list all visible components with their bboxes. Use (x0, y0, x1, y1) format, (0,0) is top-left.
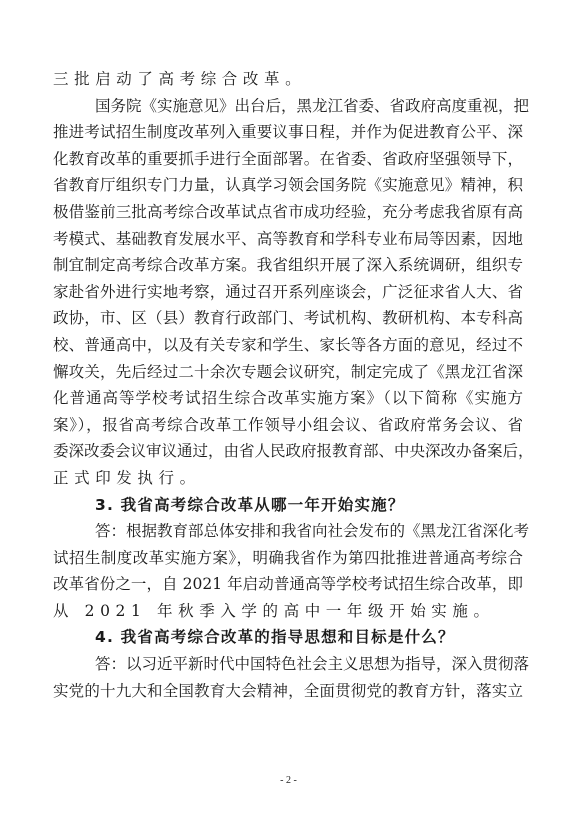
paragraph-line: 懈攻关，先后经过二十余次专题会议研究，制定完成了《黑龙江省深 (53, 359, 523, 386)
paragraph-line: 三批启动了高考综合改革。 (53, 66, 523, 93)
paragraph-line: 化普通高等学校考试招生综合改革实施方案》（以下简称《实施方 (53, 385, 523, 412)
paragraph-line: 委深改委会议审议通过，由省人民政府报教育部、中央深改办备案后， (53, 438, 523, 465)
paragraph-line: 案》），报省高考综合改革工作领导小组会议、省政府常务会议、省 (53, 412, 523, 439)
paragraph-line: 改革省份之一，自 2021 年启动普通高等学校考试招生综合改革，即 (53, 571, 523, 598)
paragraph-line: 正式印发执行。 (53, 465, 523, 492)
paragraph-line: 家赴省外进行实地考察，通过召开系列座谈会，广泛征求省人大、省 (53, 279, 523, 306)
paragraph-line: 试招生制度改革实施方案》，明确我省作为第四批推进普通高考综合 (53, 545, 523, 572)
paragraph-line: 考模式、基础教育发展水平、高等教育和学科专业布局等因素，因地 (53, 226, 523, 253)
paragraph-line: 制宜制定高考综合改革方案。我省组织开展了深入系统调研，组织专 (53, 252, 523, 279)
paragraph-line: 校、普通高中，以及有关专家和学生、家长等各方面的意见，经过不 (53, 332, 523, 359)
section-heading: 3. 我省高考综合改革从哪一年开始实施？ (53, 492, 523, 519)
paragraph-line: 省教育厅组织专门力量，认真学习领会国务院《实施意见》精神，积 (53, 172, 523, 199)
paragraph-line: 化教育改革的重要抓手进行全面部署。在省委、省政府坚强领导下， (53, 146, 523, 173)
section-heading: 4. 我省高考综合改革的指导思想和目标是什么？ (53, 624, 523, 651)
paragraph-line: 推进考试招生制度改革列入重要议事日程，并作为促进教育公平、深 (53, 119, 523, 146)
paragraph-line: 实党的十九大和全国教育大会精神，全面贯彻党的教育方针，落实立 (53, 678, 523, 705)
document-body: 三批启动了高考综合改革。 国务院《实施意见》出台后，黑龙江省委、省政府高度重视，… (53, 66, 523, 704)
paragraph-line: 国务院《实施意见》出台后，黑龙江省委、省政府高度重视，把 (53, 93, 523, 120)
paragraph-line: 答：根据教育部总体安排和我省向社会发布的《黑龙江省深化考 (53, 518, 523, 545)
paragraph-line: 从 2021 年秋季入学的高中一年级开始实施。 (53, 598, 523, 625)
paragraph-line: 答：以习近平新时代中国特色社会主义思想为指导，深入贯彻落 (53, 651, 523, 678)
paragraph-line: 政协，市、区（县）教育行政部门、考试机构、教研机构、本专科高 (53, 305, 523, 332)
page-number: - 2 - (0, 775, 577, 786)
paragraph-line: 极借鉴前三批高考综合改革试点省市成功经验，充分考虑我省原有高 (53, 199, 523, 226)
